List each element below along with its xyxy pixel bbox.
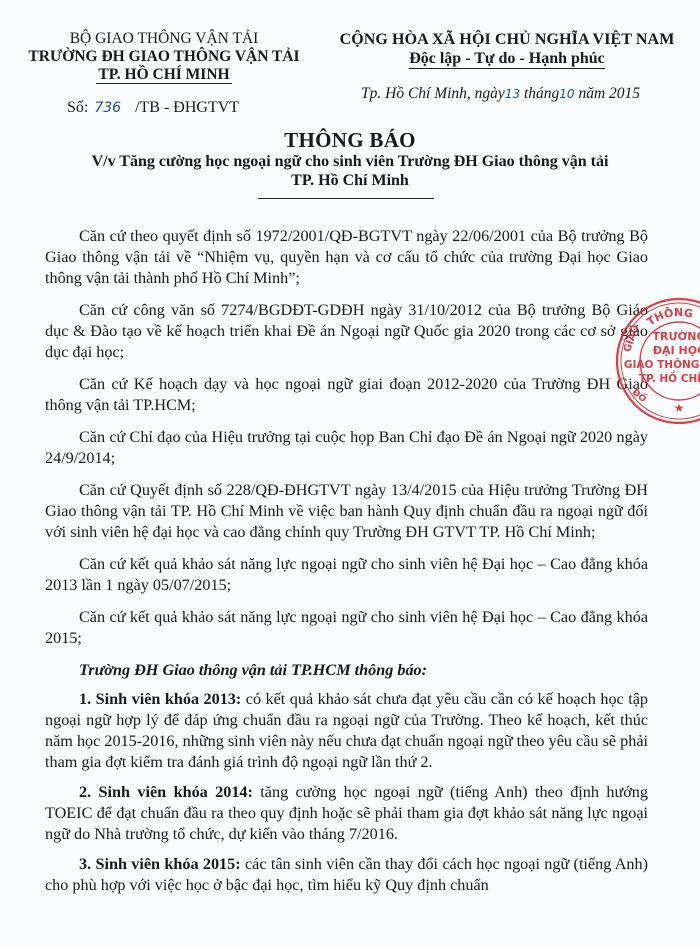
legal-basis-paragraph: Căn cứ Chỉ đạo của Hiệu trưởng tại cuộc … (45, 427, 648, 469)
dateline-day-handwritten: 13 (505, 87, 520, 101)
subject-divider (258, 198, 434, 199)
subject-line-2: TP. Hồ Chí Minh (0, 171, 700, 190)
dateline-month-handwritten: 10 (559, 87, 574, 101)
announcement-item-label: 2. Sinh viên khóa 2014: (79, 783, 253, 801)
announcement-item: 2. Sinh viên khóa 2014: tăng cường học n… (45, 782, 648, 845)
legal-basis-paragraph: Căn cứ Kế hoạch dạy và học ngoại ngữ gia… (45, 374, 648, 416)
stamp-ring-top: THÔNG (645, 306, 695, 329)
document-title: THÔNG BÁO (0, 128, 700, 153)
announcement-item: 1. Sinh viên khóa 2013: có kết quả khảo … (45, 689, 648, 773)
dateline: Tp. Hồ Chí Minh, ngày13 tháng10 năm 2015 (361, 85, 640, 103)
dateline-prefix: Tp. Hồ Chí Minh, ngày (361, 85, 505, 102)
national-motto-block: CỘNG HÒA XÃ HỘI CHỦ NGHĨA VIỆT NAM Độc l… (314, 30, 700, 69)
document-page: BỘ GIAO THÔNG VẬN TẢI TRƯỜNG ĐH GIAO THÔ… (0, 0, 700, 947)
stamp-star-icon: ★ (674, 401, 685, 415)
dateline-year: năm 2015 (578, 85, 640, 102)
document-number-handwritten: 736 (94, 100, 121, 116)
stamp-center-line: TRƯỜNG (652, 330, 700, 343)
issuing-agency-block: BỘ GIAO THÔNG VẬN TẢI TRƯỜNG ĐH GIAO THÔ… (28, 30, 300, 84)
school-city: TP. HỒ CHÍ MINH (96, 66, 231, 84)
announcement-item: 3. Sinh viên khóa 2015: các tân sinh viê… (45, 854, 648, 896)
legal-basis-paragraph: Căn cứ Quyết định số 228/QĐ-ĐHGTVT ngày … (45, 480, 648, 543)
ministry-name: BỘ GIAO THÔNG VẬN TẢI (28, 30, 300, 48)
document-subject: V/v Tăng cường học ngoại ngữ cho sinh vi… (0, 152, 700, 190)
announcement-item-label: 3. Sinh viên khóa 2015: (79, 855, 241, 873)
republic-name: CỘNG HÒA XÃ HỘI CHỦ NGHĨA VIỆT NAM (314, 30, 700, 49)
announcement-lead: Trường ĐH Giao thông vận tải TP.HCM thôn… (45, 660, 648, 681)
legal-basis-paragraph: Căn cứ công văn số 7274/BGDĐT-GDĐH ngày … (45, 300, 648, 363)
legal-basis-paragraph: Căn cứ kết quả khảo sát năng lực ngoại n… (45, 554, 648, 596)
dateline-month-label: tháng (524, 85, 559, 102)
legal-basis-paragraph: Căn cứ kết quả khảo sát năng lực ngoại n… (45, 607, 648, 649)
subject-line-1: V/v Tăng cường học ngoại ngữ cho sinh vi… (0, 152, 700, 171)
legal-basis-paragraph: Căn cứ theo quyết định số 1972/2001/QĐ-B… (45, 226, 648, 289)
stamp-center-line: ĐẠI HỌC (653, 344, 700, 357)
national-motto: Độc lập - Tự do - Hạnh phúc (409, 50, 605, 69)
document-number-suffix: /TB - ĐHGTVT (135, 99, 239, 116)
school-name: TRƯỜNG ĐH GIAO THÔNG VẬN TẢI (28, 48, 300, 66)
document-number-label: Số: (67, 99, 88, 116)
announcement-item-label: 1. Sinh viên khóa 2013: (79, 690, 241, 708)
document-body: Căn cứ theo quyết định số 1972/2001/QĐ-B… (45, 226, 648, 905)
document-number: Số: 736 /TB - ĐHGTVT (67, 99, 239, 117)
